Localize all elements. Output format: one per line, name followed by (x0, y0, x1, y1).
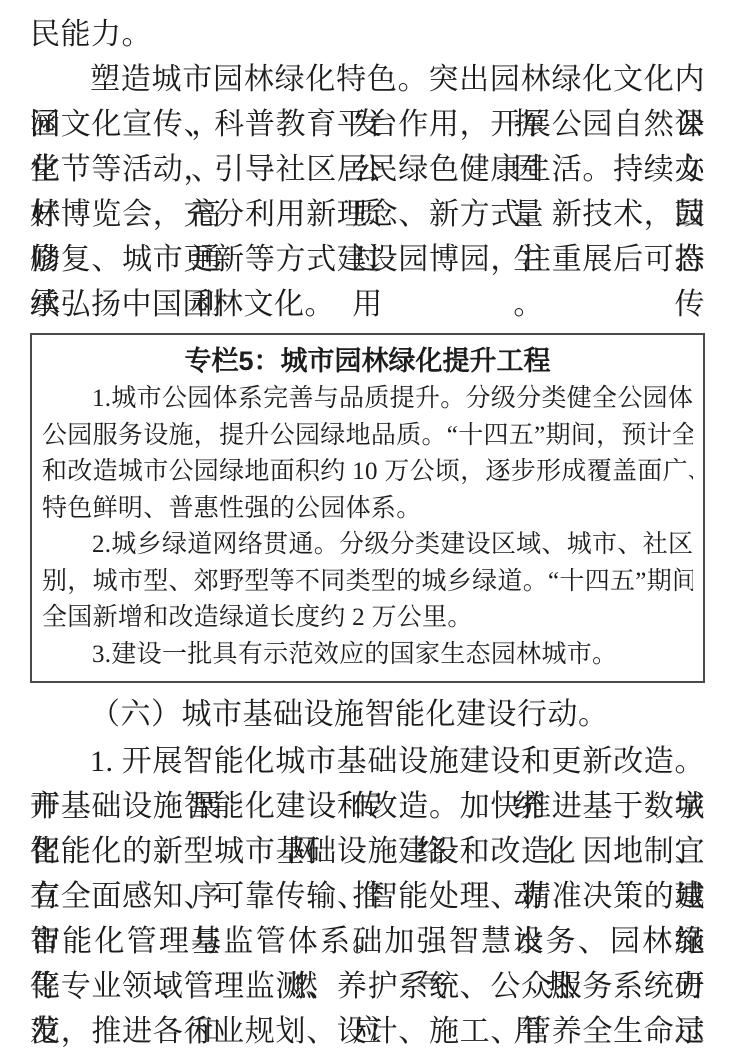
body-paragraph-2: 1. 开展智能化城市基础设施建设和更新改造。开展传统城 市基础设施智能化建设和改… (30, 739, 705, 1049)
text-line: 智能化管理与监管体系。加强智慧水务、园林绿化、燃气热力 (30, 919, 705, 964)
panel-text-line: 1.城市公园体系完善与品质提升。分级分类健全公园体系，完善 (42, 381, 693, 418)
panel-text-line: 特色鲜明、普惠性强的公园体系。 (42, 491, 693, 528)
section-heading: （六）城市基础设施智能化建设行动。 (30, 691, 705, 739)
text-line: 立全面感知、可靠传输、智能处理、精准决策的城市基础设施 (30, 874, 705, 919)
panel-text-line: 别，城市型、郊野型等不同类型的城乡绿道。“十四五”期间，预计 (42, 564, 693, 601)
text-line: 民能力。 (30, 12, 705, 57)
panel-text-line: 公园服务设施，提升公园绿地品质。“十四五”期间，预计全国新增 (42, 418, 693, 455)
text-line: 园文化宣传、科普教育平台作用，开展公园自然课堂、公园文 (30, 102, 705, 147)
body-paragraph-1: 民能力。 塑造城市园林绿化特色。突出园林绿化文化内涵，发挥公 园文化宣传、科普教… (30, 12, 705, 327)
text-line: 等专业领域管理监测、养护系统、公众服务系统研发和应用示 (30, 964, 705, 1009)
panel-text-line: 和改造城市公园绿地面积约 10 万公顷，逐步形成覆盖面广、类型多样、 (42, 454, 693, 491)
document-page: 民能力。 塑造城市园林绿化特色。突出园林绿化文化内涵，发挥公 园文化宣传、科普教… (0, 0, 735, 1049)
text-line: 范，推进各行业规划、设计、施工、管养全生命过程的智慧支 (30, 1009, 705, 1049)
text-line: 化节等活动，引导社区居民绿色健康生活。持续办好高质量园 (30, 147, 705, 192)
panel-text-line: 全国新增和改造绿道长度约 2 万公里。 (42, 600, 693, 637)
text-line: 塑造城市园林绿化特色。突出园林绿化文化内涵，发挥公 (30, 57, 705, 102)
text-line: 1. 开展智能化城市基础设施建设和更新改造。开展传统城 (30, 739, 705, 784)
feature-panel-5: 专栏5：城市园林绿化提升工程 1.城市公园体系完善与品质提升。分级分类健全公园体… (30, 333, 705, 683)
text-line: 智能化的新型城市基础设施建设和改造。因地制宜有序推动建 (30, 829, 705, 874)
panel-text-line: 3.建设一批具有示范效应的国家生态园林城市。 (42, 637, 693, 674)
text-line: 修复、城市更新等方式建设园博园，注重展后可持续利用。传 (30, 237, 705, 282)
panel-title: 专栏5：城市园林绿化提升工程 (42, 341, 693, 381)
text-line: 市基础设施智能化建设和改造。加快推进基于数字化、网络化、 (30, 784, 705, 829)
panel-text-line: 2.城乡绿道网络贯通。分级分类建设区域、城市、社区等不同级 (42, 527, 693, 564)
text-line: 林博览会，充分利用新理念、新方式、新技术，鼓励通过生态 (30, 192, 705, 237)
